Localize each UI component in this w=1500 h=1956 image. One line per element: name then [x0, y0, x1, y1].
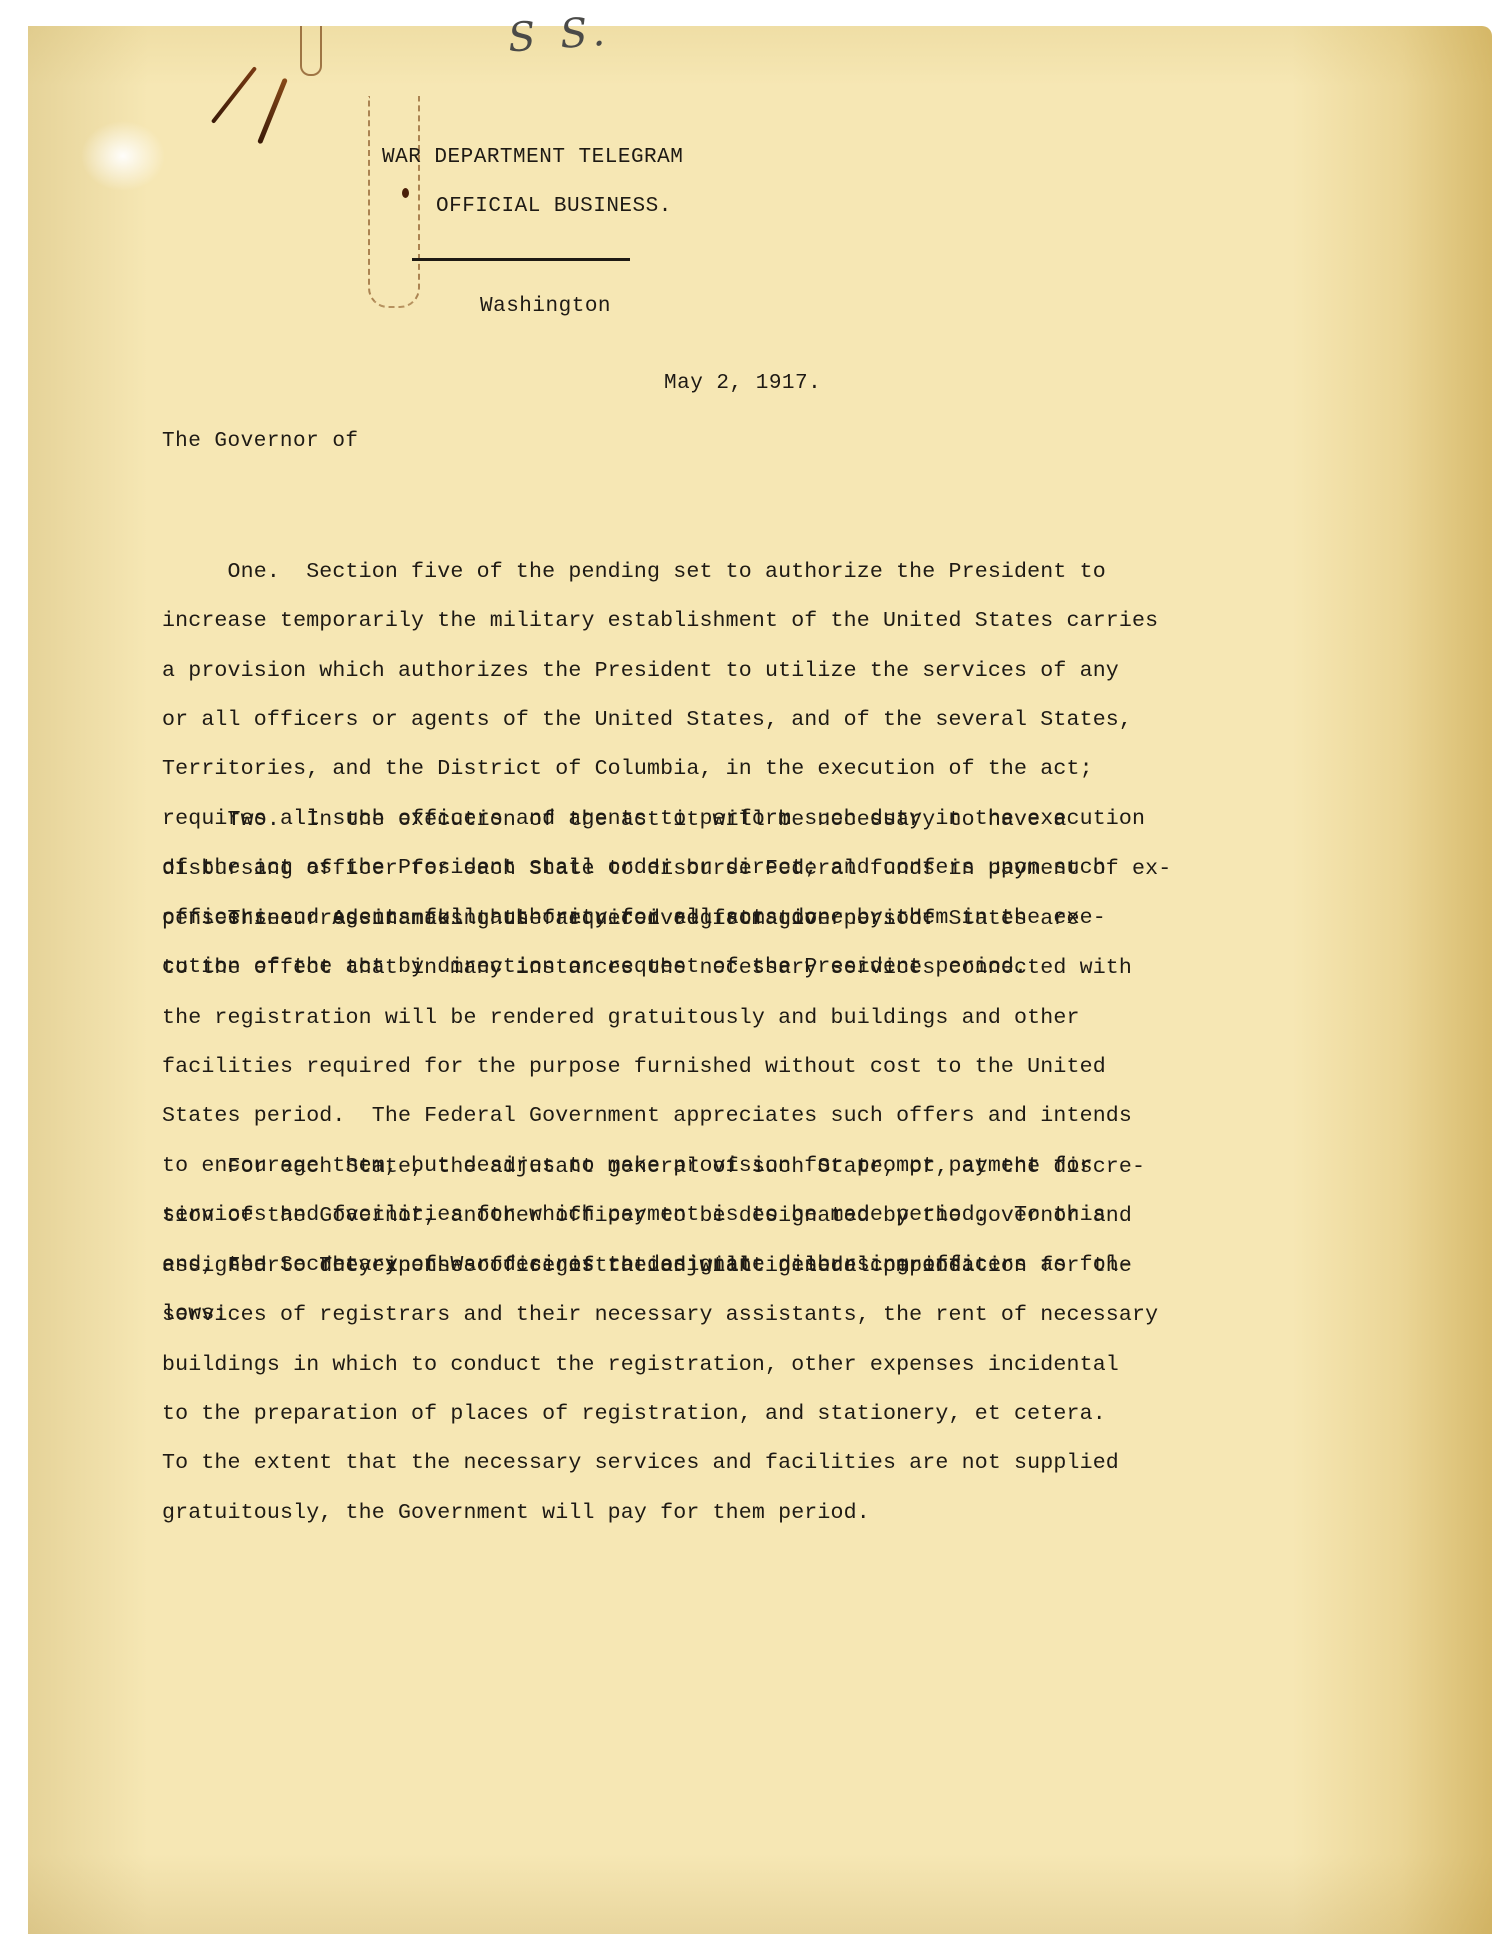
paragraph-line: to the preparation of places of registra…: [162, 1402, 1158, 1427]
header-rule: [412, 258, 630, 261]
handwritten-initials: S S.: [507, 8, 613, 61]
paragraph-line: Two. In the execution of the act it will…: [162, 808, 1171, 833]
paragraph-line: For each State, the adjutant general of …: [162, 1155, 1145, 1180]
salutation: The Governor of: [162, 430, 359, 453]
paragraph-line: tion of the Governor, another officer to…: [162, 1204, 1145, 1229]
paragraph-line: to the effect that in many instances the…: [162, 956, 1132, 981]
paragraph-line: Three. Assurances thus far received from…: [162, 907, 1132, 932]
paragraph-line: States period. The Federal Government ap…: [162, 1104, 1132, 1129]
place-label: Washington: [480, 295, 611, 318]
telegram-title: WAR DEPARTMENT TELEGRAM: [382, 146, 683, 169]
paragraph-four: Four. The expenses of registration will …: [162, 1229, 1158, 1550]
paragraph-line: gratuitously, the Government will pay fo…: [162, 1501, 1158, 1526]
paperclip-stain: [368, 96, 420, 308]
paragraph-line: buildings in which to conduct the regist…: [162, 1353, 1158, 1378]
paragraph-line: Territories, and the District of Columbi…: [162, 757, 1158, 782]
paragraph-line: or all officers or agents of the United …: [162, 708, 1158, 733]
paragraph-line: disbursing officer for each State to dis…: [162, 857, 1171, 882]
paragraph-line: a provision which authorizes the Preside…: [162, 659, 1158, 684]
paragraph-line: facilities required for the purpose furn…: [162, 1055, 1132, 1080]
paragraph-line: One. Section five of the pending set to …: [162, 560, 1158, 585]
official-business-label: OFFICIAL BUSINESS.: [436, 195, 672, 218]
paragraph-line: increase temporarily the military establ…: [162, 609, 1158, 634]
paragraph-line: services of registrars and their necessa…: [162, 1303, 1158, 1328]
paragraph-line: Four. The expenses of registration will …: [162, 1254, 1158, 1279]
paragraph-line: the registration will be rendered gratui…: [162, 1006, 1132, 1031]
date-label: May 2, 1917.: [664, 372, 821, 395]
paragraph-line: To the extent that the necessary service…: [162, 1451, 1158, 1476]
rust-spot: [402, 188, 409, 198]
paperclip-stain: [300, 26, 322, 76]
